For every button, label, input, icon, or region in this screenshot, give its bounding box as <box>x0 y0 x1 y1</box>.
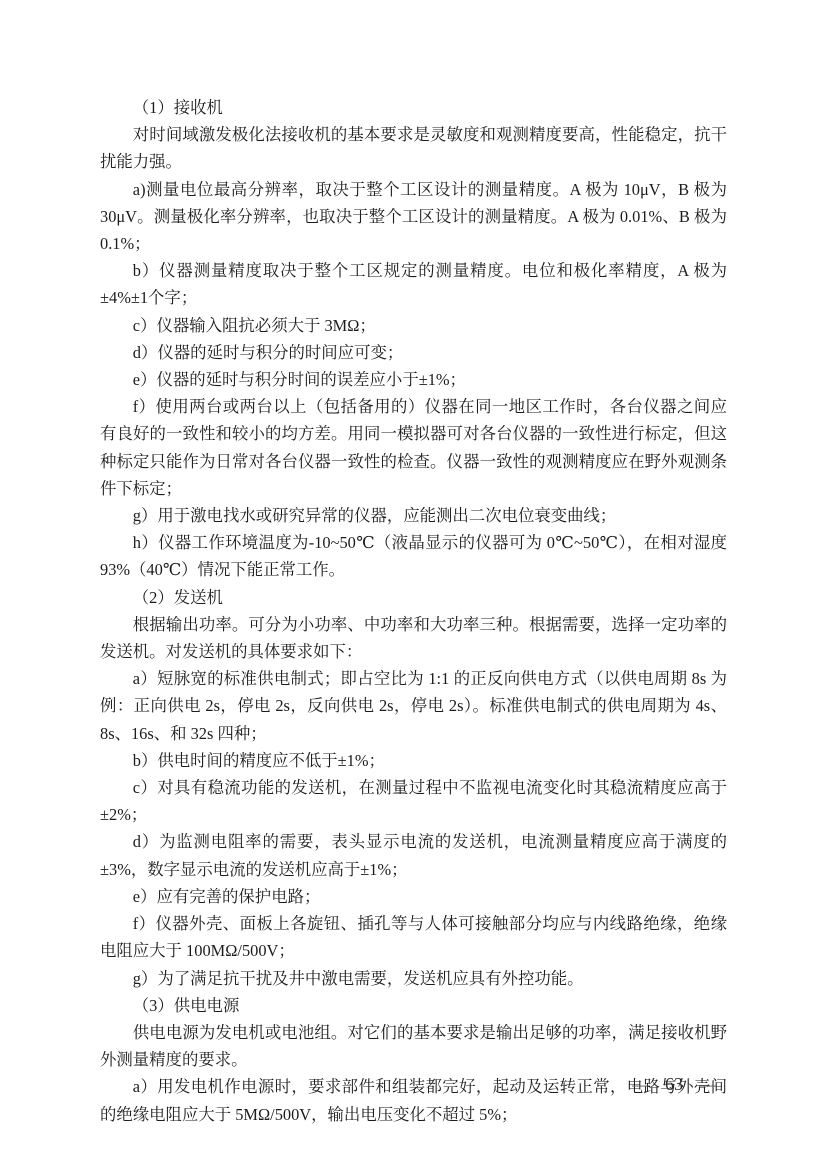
list-item-b-transmitter: b）供电时间的精度应不低于±1%； <box>100 747 727 774</box>
paragraph: 根据输出功率。可分为小功率、中功率和大功率三种。根据需要，选择一定功率的发送机。… <box>100 611 727 665</box>
list-item-a-receiver: a)测量电位最高分辨率，取决于整个工区设计的测量精度。A 极为 10μV，B 极… <box>100 176 727 258</box>
section-heading-transmitter: （2）发送机 <box>100 584 727 611</box>
footer-dash-right: — <box>699 1075 716 1095</box>
footer-dash-left: — <box>632 1075 649 1095</box>
list-item-c-receiver: c）仪器输入阻抗必须大于 3MΩ； <box>100 312 727 339</box>
list-item-a-transmitter: a）短脉宽的标准供电制式；即占空比为 1:1 的正反向供电方式（以供电周期 8s… <box>100 665 727 747</box>
list-item-d-transmitter: d）为监测电阻率的需要，表头显示电流的发送机，电流测量精度应高于满度的±3%，数… <box>100 828 727 882</box>
document-page: （1）接收机 对时间域激发极化法接收机的基本要求是灵敏度和观测精度要高，性能稳定… <box>0 0 826 1169</box>
document-content: （1）接收机 对时间域激发极化法接收机的基本要求是灵敏度和观测精度要高，性能稳定… <box>100 94 727 1128</box>
page-footer: — 63 — <box>632 1074 716 1095</box>
list-item-e-transmitter: e）应有完善的保护电路； <box>100 883 727 910</box>
list-item-g-receiver: g）用于激电找水或研究异常的仪器，应能测出二次电位衰变曲线； <box>100 502 727 529</box>
paragraph: 对时间域激发极化法接收机的基本要求是灵敏度和观测精度要高，性能稳定，抗干扰能力强… <box>100 121 727 175</box>
section-heading-power-supply: （3）供电电源 <box>100 992 727 1019</box>
page-number: 63 <box>665 1074 683 1095</box>
list-item-c-transmitter: c）对具有稳流功能的发送机，在测量过程中不监视电流变化时其稳流精度应高于±2%； <box>100 774 727 828</box>
section-heading-receiver: （1）接收机 <box>100 94 727 121</box>
list-item-d-receiver: d）仪器的延时与积分的时间应可变； <box>100 339 727 366</box>
list-item-f-receiver: f）使用两台或两台以上（包括备用的）仪器在同一地区工作时，各台仪器之间应有良好的… <box>100 393 727 502</box>
list-item-e-receiver: e）仪器的延时与积分时间的误差应小于±1%； <box>100 366 727 393</box>
paragraph: 供电电源为发电机或电池组。对它们的基本要求是输出足够的功率，满足接收机野外测量精… <box>100 1019 727 1073</box>
list-item-f-transmitter: f）仪器外壳、面板上各旋钮、插孔等与人体可接触部分均应与内线路绝缘，绝缘电阻应大… <box>100 910 727 964</box>
list-item-g-transmitter: g）为了满足抗干扰及井中激电需要，发送机应具有外控功能。 <box>100 965 727 992</box>
list-item-h-receiver: h）仪器工作环境温度为-10~50℃（液晶显示的仪器可为 0℃~50℃），在相对… <box>100 529 727 583</box>
list-item-b-receiver: b）仪器测量精度取决于整个工区规定的测量精度。电位和极化率精度，A 极为±4%±… <box>100 257 727 311</box>
